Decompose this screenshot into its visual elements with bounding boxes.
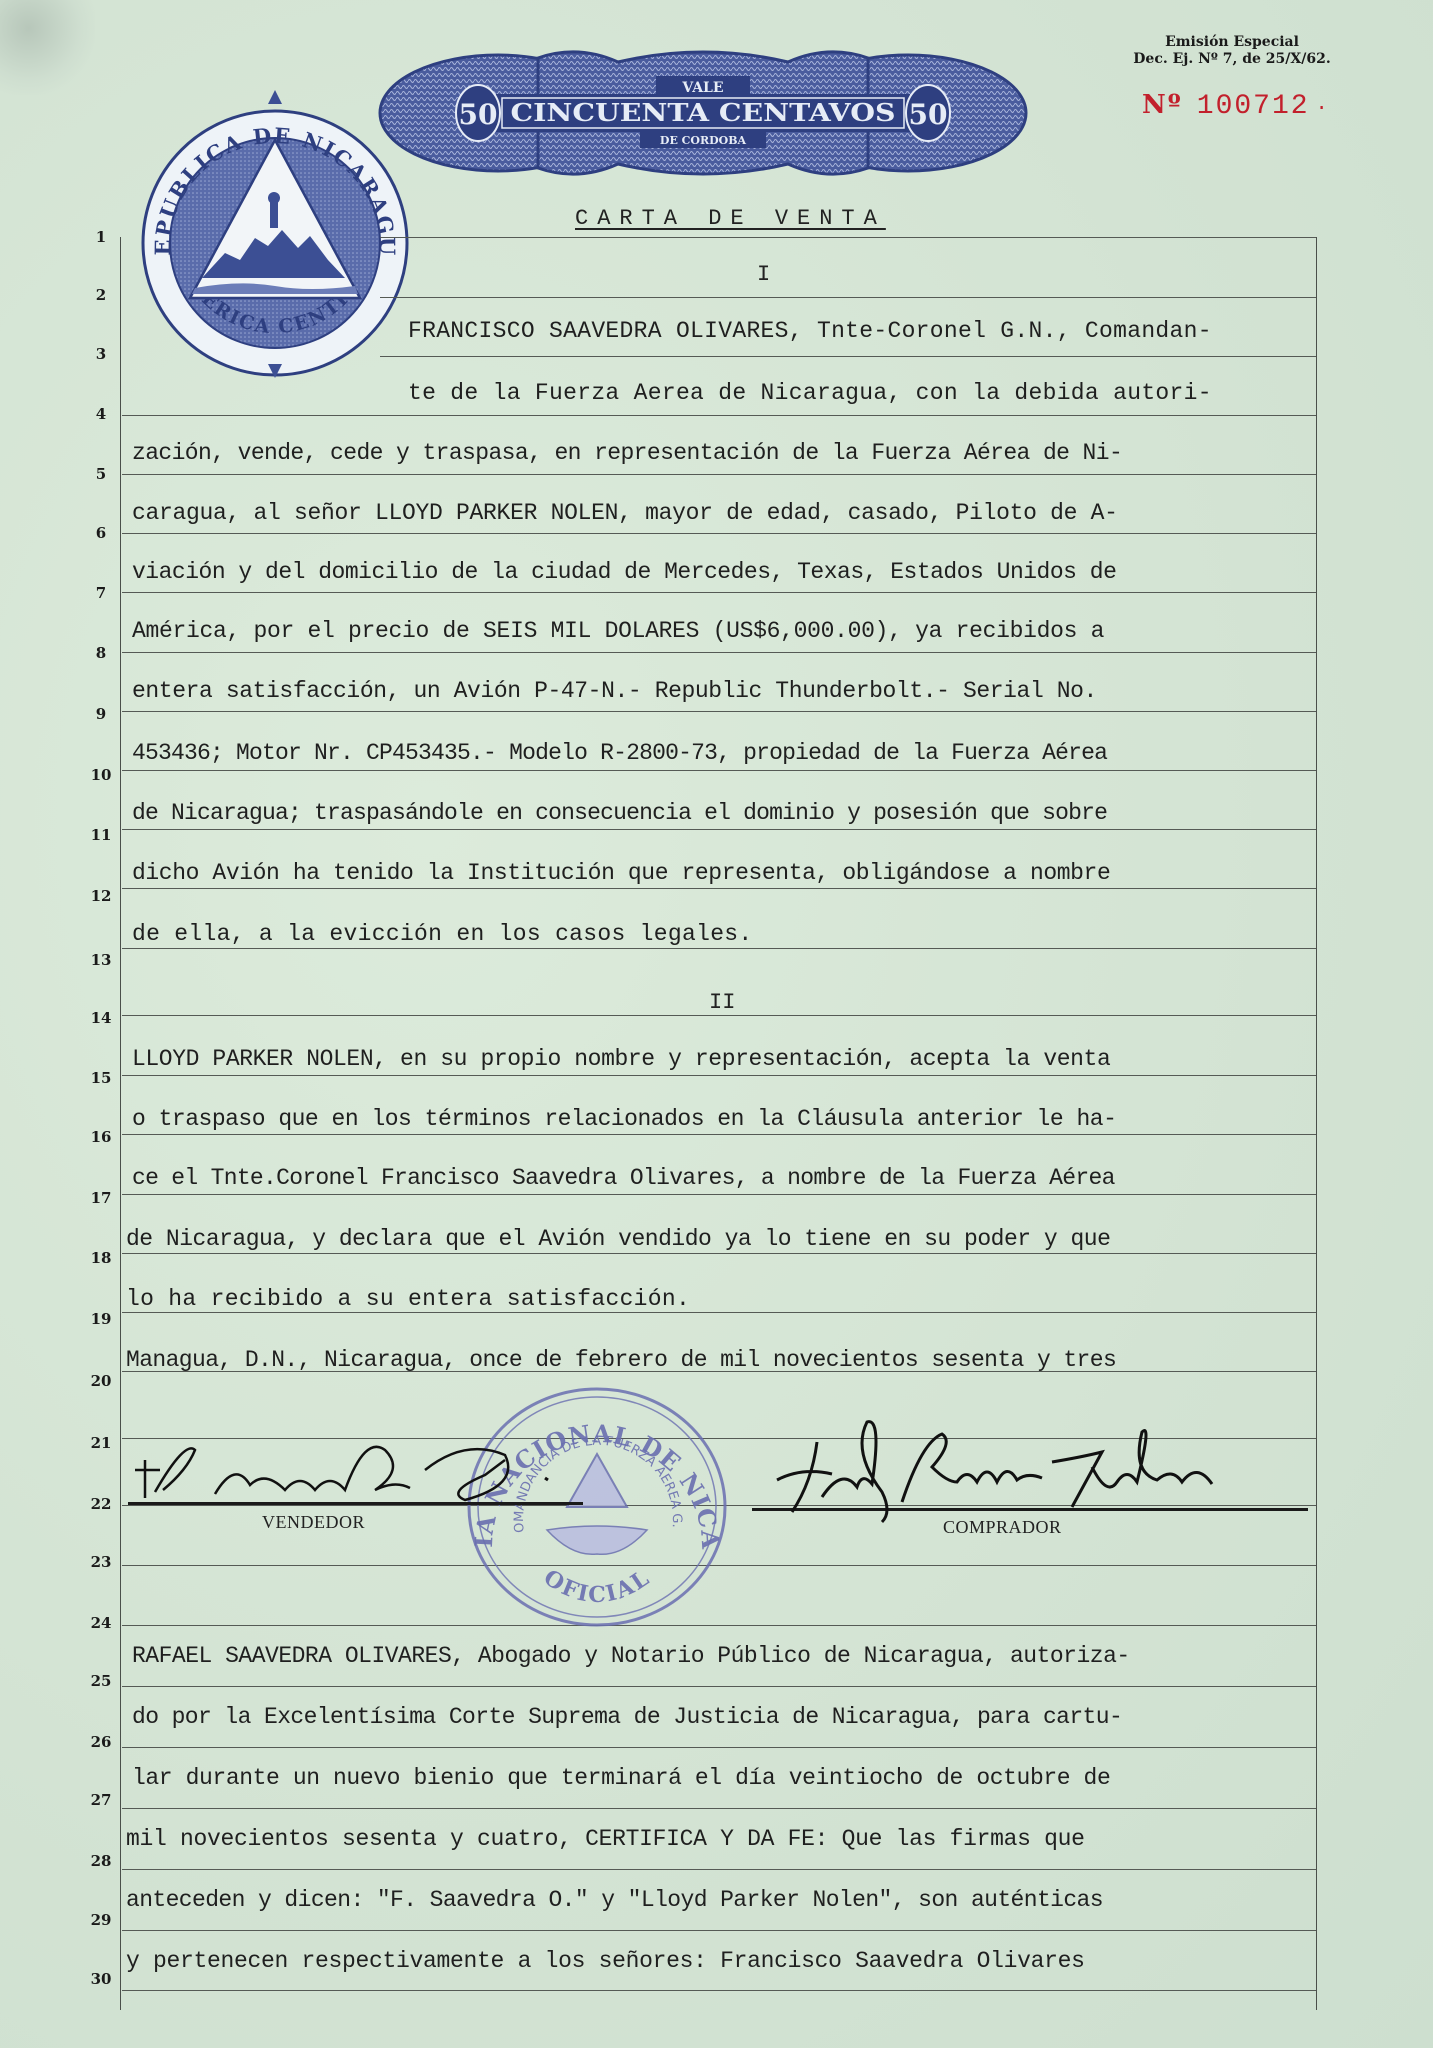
clause-1-line: dicho Avión ha tenido la Institución que… [132, 860, 1110, 886]
clause-1-line: FRANCISCO SAAVEDRA OLIVARES, Tnte-Corone… [408, 318, 1212, 344]
line-number: 10 [86, 766, 116, 784]
ruled-line [122, 1869, 1316, 1870]
ruled-line [122, 1253, 1316, 1254]
revenue-stamp: 50 50 VALE CINCUENTA CENTAVOS DE CORDOBA [378, 48, 1028, 178]
serial-number: Nº100712· [1142, 90, 1330, 122]
svg-text:OFICIAL: OFICIAL [539, 1564, 655, 1608]
line-number: 21 [86, 1434, 116, 1452]
serial-dot: · [1316, 97, 1330, 120]
special-issue-note: Emisión Especial Dec. Ej. Nº 7, de 25/X/… [1112, 34, 1352, 68]
special-issue-line2: Dec. Ej. Nº 7, de 25/X/62. [1112, 51, 1352, 68]
clause-1-line: viación y del domicilio de la ciudad de … [132, 559, 1116, 585]
clause-1-line: te de la Fuerza Aerea de Nicaragua, con … [408, 380, 1212, 406]
ruled-line [122, 1075, 1316, 1076]
left-margin-rule [120, 237, 123, 2010]
line-number: 29 [86, 1911, 116, 1929]
ruled-line [122, 652, 1316, 653]
place-and-date-line: Managua, D.N., Nicaragua, once de febrer… [126, 1347, 1116, 1373]
ruled-line [380, 297, 1316, 298]
seller-label: VENDEDOR [262, 1512, 365, 1533]
line-number: 28 [86, 1852, 116, 1870]
ruled-line [122, 1194, 1316, 1195]
line-number: 12 [86, 887, 116, 905]
line-number: 4 [86, 405, 116, 423]
ruled-line [122, 1686, 1316, 1687]
right-margin-rule [1316, 237, 1319, 2010]
line-number: 25 [86, 1672, 116, 1690]
clause-2-line: ce el Tnte.Coronel Francisco Saavedra Ol… [132, 1165, 1115, 1191]
serial-value: 100712 [1197, 91, 1310, 122]
line-number: 8 [86, 644, 116, 662]
line-number: 14 [86, 1009, 116, 1027]
ruled-line [122, 1808, 1316, 1809]
ruled-line [122, 474, 1316, 475]
document-title: CARTA DE VENTA [575, 206, 886, 231]
clause-1-line: de Nicaragua; traspasándole en consecuen… [132, 800, 1107, 826]
line-number: 13 [86, 951, 116, 969]
line-number: 20 [86, 1372, 116, 1390]
line-number: 26 [86, 1733, 116, 1751]
stamp-denomination-left: 50 [459, 98, 498, 131]
line-number: 23 [86, 1553, 116, 1571]
line-number: 16 [86, 1128, 116, 1146]
line-number: 11 [86, 826, 116, 844]
ruled-line [122, 1930, 1316, 1931]
seal-bottom-text: OFICIAL [539, 1564, 655, 1608]
seller-signature: F. Saavedra O. [125, 1430, 585, 1510]
ruled-line [122, 829, 1316, 830]
notary-line: do por la Excelentísima Corte Suprema de… [132, 1704, 1122, 1730]
clause-1-line: entera satisfacción, un Avión P-47-N.- R… [132, 678, 1097, 704]
line-number: 3 [86, 345, 116, 363]
ruled-line [122, 770, 1316, 771]
line-number: 22 [86, 1495, 116, 1513]
ruled-line [122, 1990, 1316, 1991]
clause-1-line: 453436; Motor Nr. CP453435.- Modelo R-28… [132, 740, 1107, 766]
line-number: 17 [86, 1189, 116, 1207]
line-number: 18 [86, 1249, 116, 1267]
line-number: 7 [86, 584, 116, 602]
line-number: 15 [86, 1069, 116, 1087]
buyer-signature: Lloyd Parker Nolen [772, 1412, 1252, 1527]
line-number: 5 [86, 465, 116, 483]
ruled-line [122, 1015, 1316, 1016]
ruled-line [122, 1312, 1316, 1313]
line-number: 9 [86, 705, 116, 723]
ruled-line [380, 237, 1316, 238]
clause-2-heading: II [709, 990, 735, 1015]
clause-2-line: de Nicaragua, y declara que el Avión ven… [126, 1226, 1110, 1252]
ruled-line [380, 356, 1316, 357]
line-number: 24 [86, 1614, 116, 1632]
ruled-line [122, 415, 1316, 416]
stamp-main-text: CINCUENTA CENTAVOS [511, 98, 896, 127]
clause-1-line: América, por el precio de SEIS MIL DOLAR… [132, 618, 1104, 644]
clause-2-line: LLOYD PARKER NOLEN, en su propio nombre … [132, 1046, 1110, 1072]
special-issue-line1: Emisión Especial [1112, 34, 1352, 51]
clause-1-heading: I [757, 262, 770, 287]
line-number: 19 [86, 1310, 116, 1328]
notary-line: RAFAEL SAAVEDRA OLIVARES, Abogado y Nota… [132, 1643, 1130, 1669]
stamp-denomination-right: 50 [909, 98, 948, 131]
stamp-bottom-word: DE CORDOBA [660, 134, 747, 147]
line-number: 27 [86, 1791, 116, 1809]
ruled-line [122, 533, 1316, 534]
notary-line: y pertenecen respectivamente a los señor… [126, 1948, 1085, 1974]
serial-prefix: Nº [1142, 90, 1183, 120]
clause-2-line: o traspaso que en los términos relaciona… [132, 1106, 1116, 1132]
coat-of-arms: REPUBLICA DE NICARAGUA AMERICA CENTRAL [140, 88, 410, 388]
paper-stain [0, 0, 95, 95]
stamp-top-word: VALE [681, 80, 723, 96]
notary-line: anteceden y dicen: "F. Saavedra O." y "L… [126, 1887, 1103, 1913]
clause-2-line: lo ha recibido a su entera satisfacción. [126, 1286, 690, 1312]
ruled-line [122, 711, 1316, 712]
ruled-line [122, 1134, 1316, 1135]
line-number: 30 [86, 1970, 116, 1988]
ruled-line [122, 948, 1316, 949]
buyer-label: COMPRADOR [943, 1517, 1062, 1538]
notary-line: lar durante un nuevo bienio que terminar… [132, 1765, 1110, 1791]
ruled-line [122, 592, 1316, 593]
line-number: 1 [86, 228, 116, 246]
ruled-line [122, 1747, 1316, 1748]
line-number: 6 [86, 524, 116, 542]
line-number: 2 [86, 286, 116, 304]
clause-1-line: de ella, a la evicción en los casos lega… [132, 921, 753, 947]
notary-line: mil novecientos sesenta y cuatro, CERTIF… [126, 1826, 1085, 1852]
clause-1-line: caragua, al señor LLOYD PARKER NOLEN, ma… [132, 500, 1118, 526]
ruled-line [122, 888, 1316, 889]
clause-1-line: zación, vende, cede y traspasa, en repre… [132, 440, 1122, 466]
